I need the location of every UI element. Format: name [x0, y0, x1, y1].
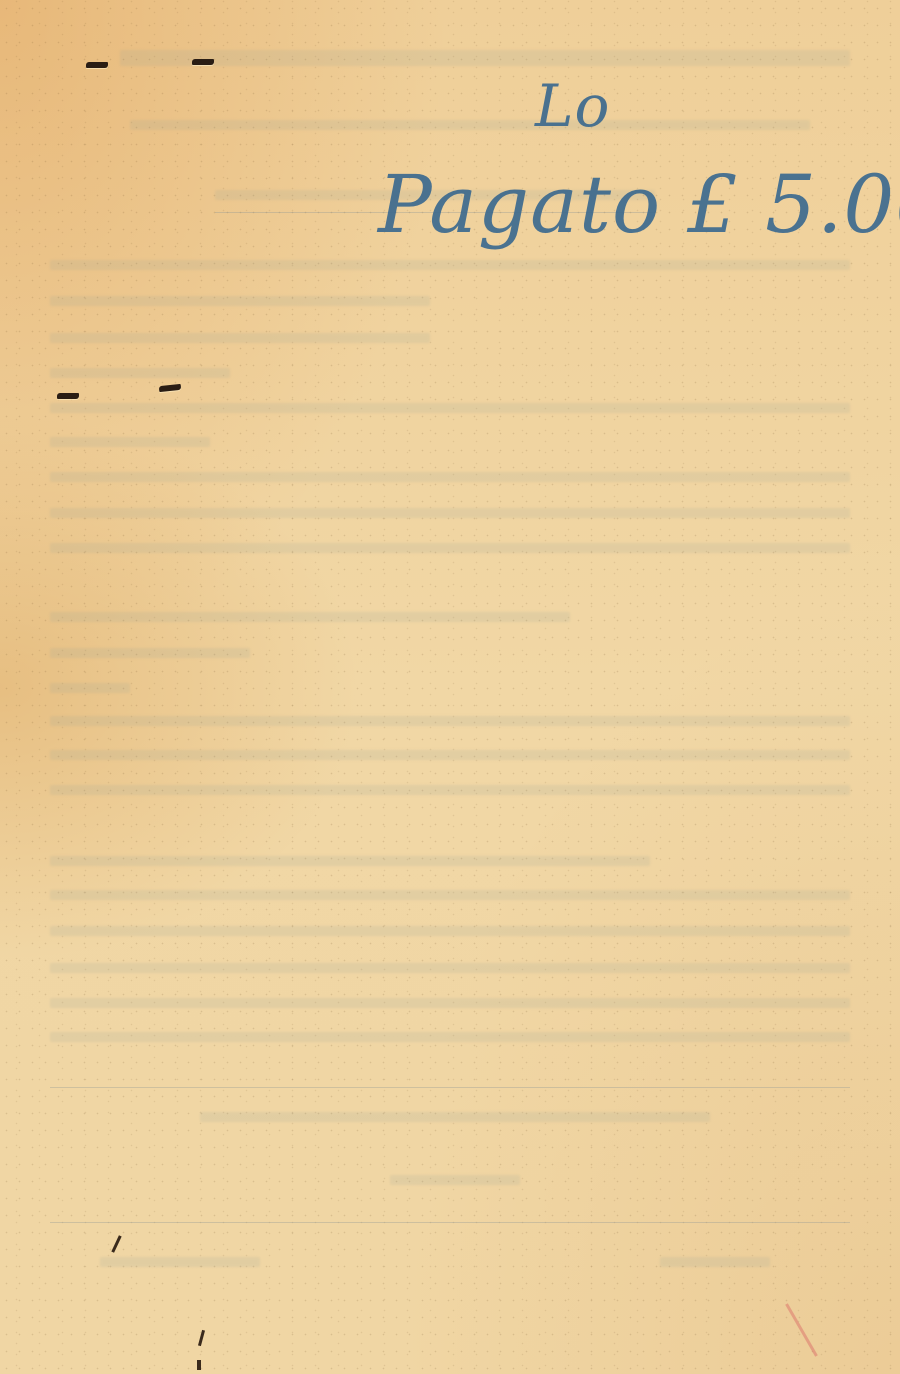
bleed-through-line: [50, 890, 850, 900]
bleed-through-line: [50, 403, 850, 413]
paid-amount: 5.000: [765, 158, 900, 251]
staple-mark: [57, 393, 79, 399]
bleed-through-line: [50, 260, 850, 270]
handwritten-number: Lo: [535, 72, 610, 140]
bleed-through-line: [50, 543, 850, 553]
bleed-through-line: [50, 963, 850, 973]
bleed-through-line: [50, 998, 850, 1008]
staple-mark: [159, 384, 182, 392]
bleed-through-subheading: [130, 120, 810, 130]
bleed-through-line: [50, 1032, 850, 1042]
bleed-through-line: [50, 856, 650, 866]
bleed-through-line: [660, 1257, 770, 1267]
paid-word: Pagato: [378, 158, 661, 251]
bleed-through-line: [50, 296, 430, 306]
bleed-through-line: [100, 1257, 260, 1267]
handwritten-paid-note: Pagato£5.000: [378, 158, 900, 251]
bleed-through-heading: [120, 50, 850, 66]
bleed-through-line: [50, 926, 850, 936]
ink-scratch: [198, 1330, 205, 1346]
bleed-through-line: [50, 750, 850, 760]
bleed-through-line: [50, 716, 850, 726]
staple-mark: [192, 59, 214, 65]
ink-scratch: [197, 1360, 201, 1370]
bleed-through-line: [50, 508, 850, 518]
bleed-through-line: [50, 648, 250, 658]
bleed-through-line: [200, 1112, 710, 1122]
bleed-through-line: [390, 1175, 520, 1185]
ink-scratch: [111, 1235, 121, 1253]
bleed-through-line: [50, 437, 210, 447]
bleed-through-line: [50, 683, 130, 693]
bleed-through-rule: [50, 1087, 850, 1088]
bleed-through-line: [50, 785, 850, 795]
bleed-through-line: [50, 612, 570, 622]
bleed-through-line: [50, 333, 430, 343]
red-pencil-stroke: [785, 1303, 818, 1356]
bleed-through-line: [50, 472, 850, 482]
bleed-through-line: [50, 368, 230, 378]
staple-mark: [86, 62, 108, 68]
bleed-through-rule: [50, 1222, 850, 1223]
currency-symbol: £: [687, 158, 739, 251]
document-page: Lo Pagato£5.000: [0, 0, 900, 1374]
